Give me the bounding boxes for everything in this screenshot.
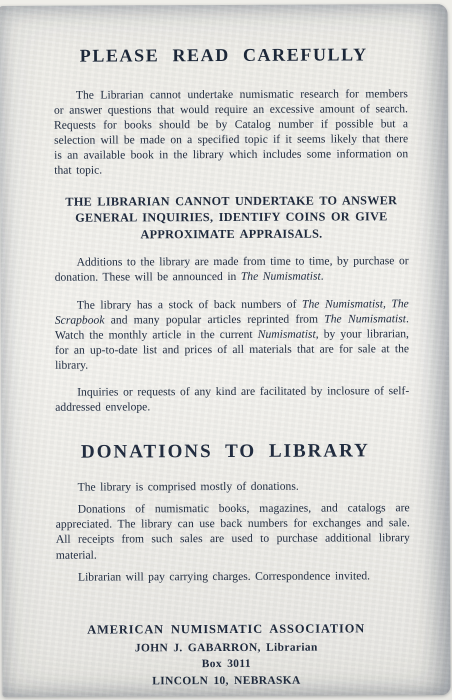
page-title: PLEASE READ CAREFULLY bbox=[54, 44, 394, 66]
donations-heading: DONATIONS TO LIBRARY bbox=[55, 440, 395, 463]
photo-background: PLEASE READ CAREFULLY The Librarian cann… bbox=[0, 0, 452, 700]
paragraph-carrying-charges: Librarian will pay carrying charges. Cor… bbox=[56, 568, 410, 585]
city-line: LINCOLN 10, NEBRASKA bbox=[56, 673, 396, 688]
italic-publication-name: The Numismatist bbox=[324, 312, 406, 325]
contact-block: AMERICAN NUMISMATIC ASSOCIATION JOHN J. … bbox=[56, 621, 396, 688]
text-run: . bbox=[321, 270, 324, 283]
italic-publication-name: The Numismatist bbox=[241, 270, 321, 283]
paragraph-research-policy: The Librarian cannot undertake numismati… bbox=[54, 86, 408, 178]
organization-name: AMERICAN NUMISMATIC ASSOCIATION bbox=[56, 621, 396, 637]
paragraph-back-numbers: The library has a stock of back numbers … bbox=[55, 296, 409, 373]
flyer-page: PLEASE READ CAREFULLY The Librarian cann… bbox=[0, 4, 451, 697]
italic-publication-name: Numismatist bbox=[258, 327, 316, 340]
paragraph-inquiries: Inquiries or requests of any kind are fa… bbox=[55, 383, 409, 415]
paragraph-donations-appreciated: Donations of numismatic books, magazines… bbox=[56, 500, 410, 562]
paragraph-donations-comprised: The library is comprised mostly of donat… bbox=[56, 478, 410, 495]
paragraph-additions: Additions to the library are made from t… bbox=[55, 254, 409, 286]
text-run: and many popular articles reprinted from bbox=[104, 312, 324, 326]
notice-no-appraisals: THE LIBRARIAN CANNOT UNDERTAKE TO ANSWER… bbox=[54, 192, 408, 243]
po-box: Box 3011 bbox=[56, 657, 396, 672]
flyer-content: PLEASE READ CAREFULLY The Librarian cann… bbox=[0, 4, 450, 689]
text-run: Additions to the library are made from t… bbox=[55, 255, 409, 285]
text-run: The library has a stock of back numbers … bbox=[77, 297, 302, 311]
librarian-name: JOHN J. GABARRON, Librarian bbox=[56, 640, 396, 655]
